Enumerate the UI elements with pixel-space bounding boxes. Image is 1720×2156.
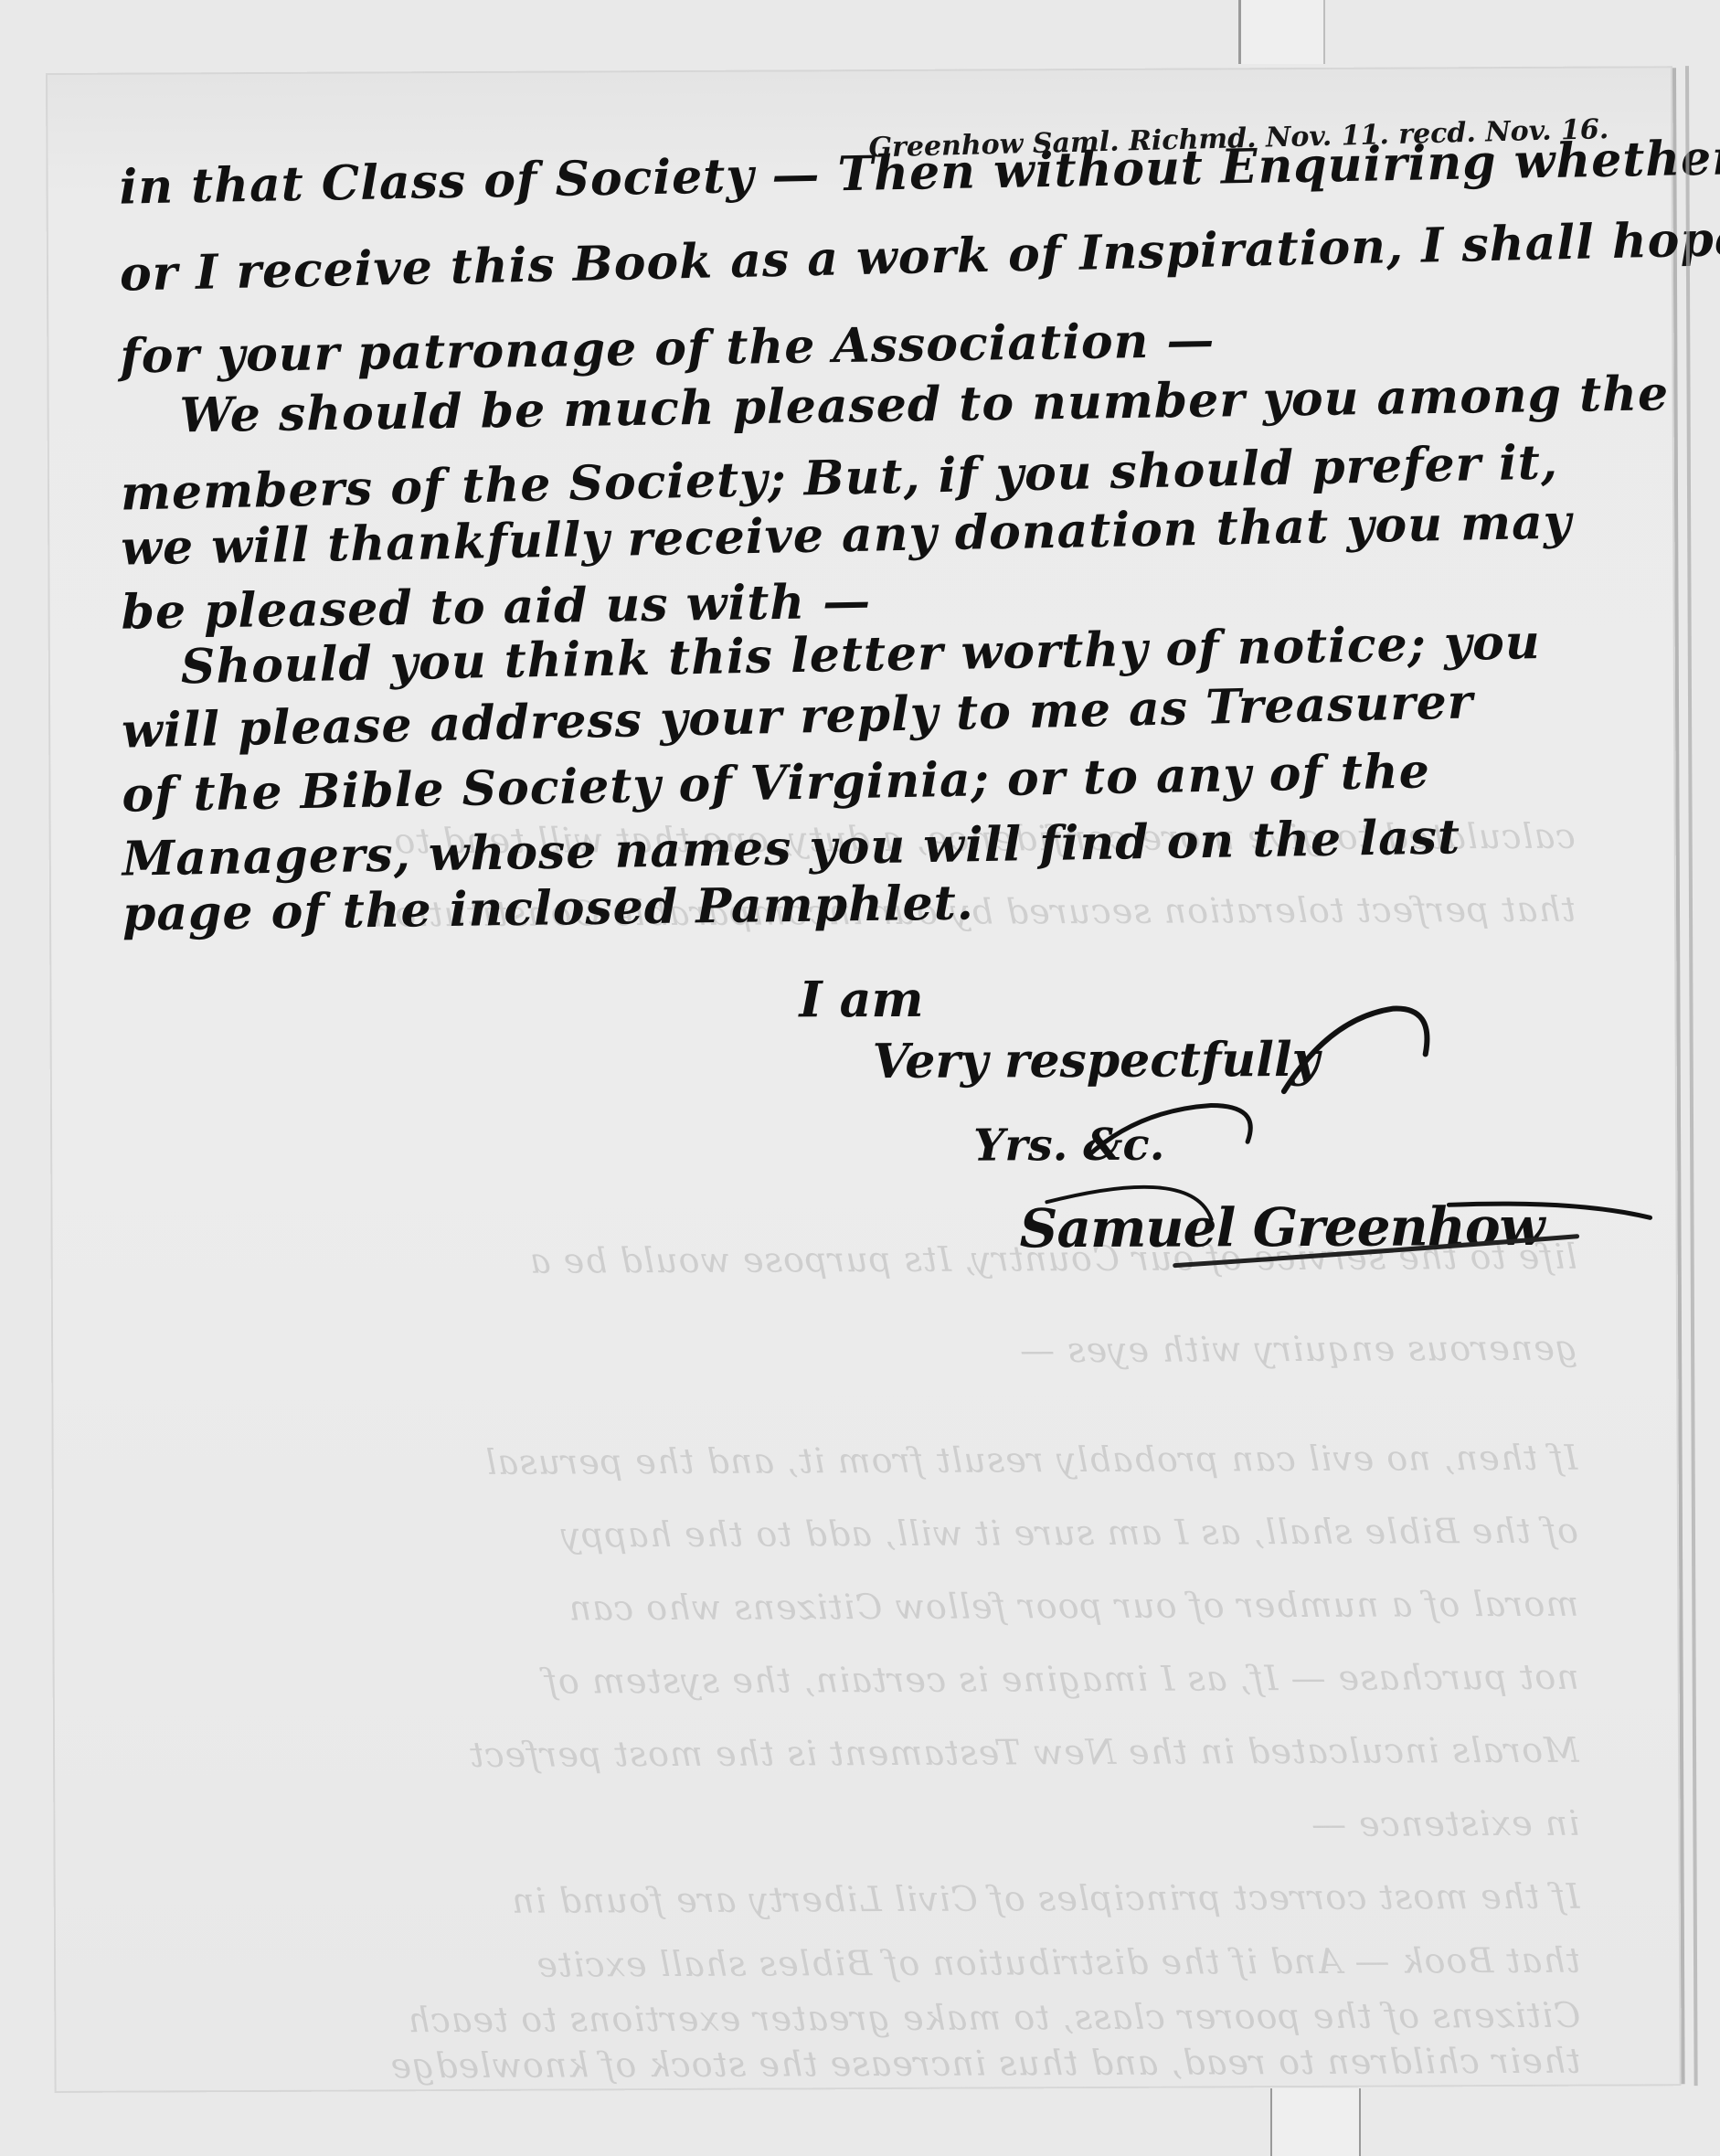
closing-i-am: I am: [799, 970, 923, 1029]
mounting-tab-bottom: [1270, 2088, 1361, 2156]
bleed-through-line: not purchase — If, as I imagine is certa…: [154, 1657, 1579, 1704]
letter-line: for your patronage of the Association —: [120, 313, 1216, 385]
bleed-through-line: their children to read, and thus increas…: [154, 2041, 1580, 2087]
letter-page: calculated to give more confidence, a du…: [46, 66, 1682, 2093]
letter-line: page of the inclosed Pamphlet.: [122, 875, 975, 941]
closing-flourish-icon: [1274, 999, 1439, 1100]
bleed-through-line: Citizens of the poorer class, to make gr…: [154, 1995, 1580, 2042]
bleed-through-line: that Book — And if the distribution of B…: [154, 1940, 1580, 1987]
bleed-through-line: in existence —: [154, 1803, 1579, 1850]
bleed-through-line: moral of a number of our poor fellow Cit…: [153, 1584, 1578, 1630]
closing-flourish-icon: [1083, 1091, 1266, 1165]
mounting-tab-top: [1238, 0, 1325, 64]
letter-line: of the Bible Society of Virginia; or to …: [122, 743, 1430, 823]
bleed-through-line: If the most correct principles of Civil …: [154, 1876, 1580, 1923]
letter-line: or I receive this Book as a work of Insp…: [119, 211, 1720, 303]
bleed-through-line: If then, no evil can probably result fro…: [153, 1438, 1578, 1484]
signature-underline-flourish-icon: [937, 1163, 1669, 1293]
bleed-through-line: Morals inculcated in the New Testament i…: [154, 1730, 1579, 1777]
bleed-through-line: generous enquiry with eyes —: [152, 1328, 1577, 1375]
closing-very-respectfully: Very respectfully: [873, 1032, 1320, 1089]
bleed-through-line: of the Bible shall, as I am sure it will…: [153, 1511, 1578, 1557]
